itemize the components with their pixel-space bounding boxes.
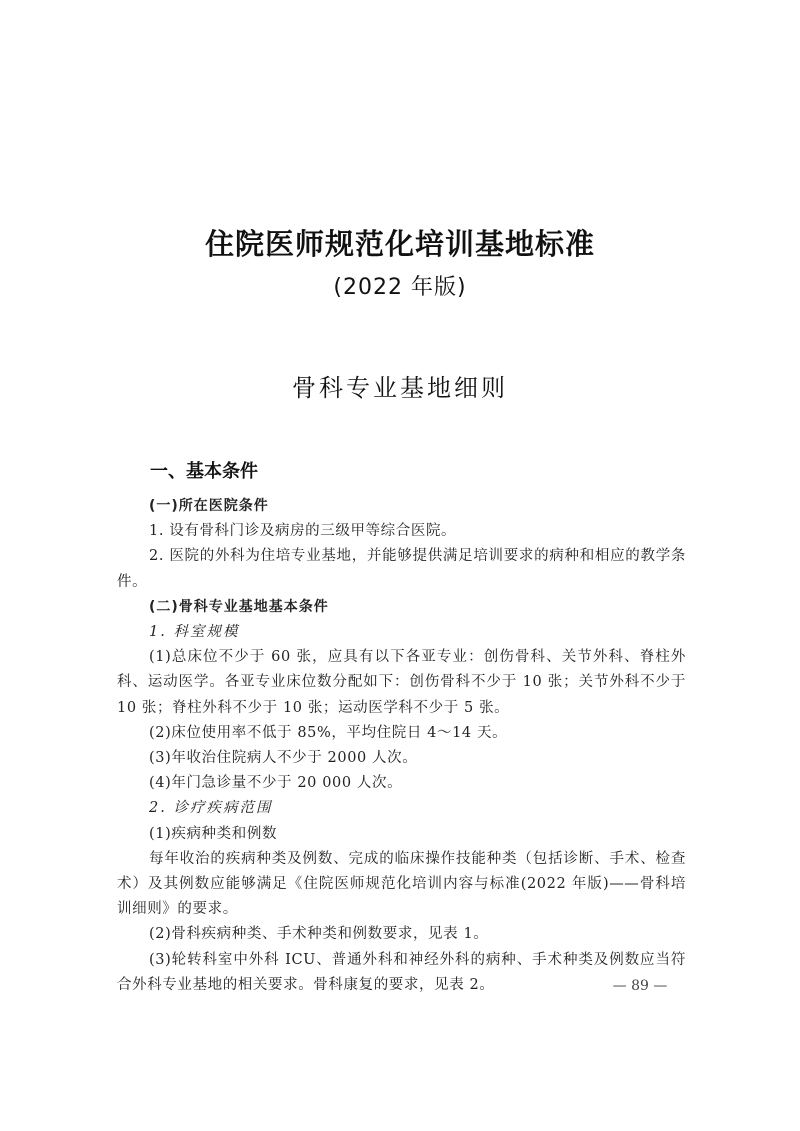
paragraph: (2)床位使用率不低于 85%，平均住院日 4～14 天。 bbox=[117, 721, 686, 746]
paragraph: (3)年收治住院病人不少于 2000 人次。 bbox=[117, 746, 686, 771]
subheading-hospital-conditions: (一)所在医院条件 bbox=[117, 494, 686, 519]
paragraph: (1)总床位不少于 60 张，应具有以下各亚专业：创伤骨科、关节外科、脊柱外科、… bbox=[117, 645, 686, 721]
paragraph: (4)年门急诊量不少于 20 000 人次。 bbox=[117, 771, 686, 796]
paragraph: (1)疾病种类和例数 bbox=[117, 822, 686, 847]
document-subtitle: (2022 年版) bbox=[0, 270, 800, 301]
subheading-base-conditions: (二)骨科专业基地基本条件 bbox=[117, 595, 686, 620]
body-text: (一)所在医院条件 1. 设有骨科门诊及病房的三级甲等综合医院。 2. 医院的外… bbox=[117, 494, 686, 998]
subheading-disease-scope: 2. 诊疗疾病范围 bbox=[117, 796, 686, 821]
heading-basic-conditions: 一、基本条件 bbox=[150, 457, 258, 483]
paragraph: (2)骨科疾病种类、手术种类和例数要求，见表 1。 bbox=[117, 922, 686, 947]
paragraph: 2. 医院的外科为住培专业基地，并能够提供满足培训要求的病种和相应的教学条件。 bbox=[117, 544, 686, 594]
paragraph: 每年收治的疾病种类及例数、完成的临床操作技能种类（包括诊断、手术、检查术）及其例… bbox=[117, 847, 686, 923]
section-title: 骨科专业基地细则 bbox=[0, 368, 800, 403]
page-number: — 89 — bbox=[600, 978, 680, 994]
subheading-department-scale: 1. 科室规模 bbox=[117, 620, 686, 645]
paragraph: 1. 设有骨科门诊及病房的三级甲等综合医院。 bbox=[117, 519, 686, 544]
document-title: 住院医师规范化培训基地标准 bbox=[0, 222, 800, 263]
